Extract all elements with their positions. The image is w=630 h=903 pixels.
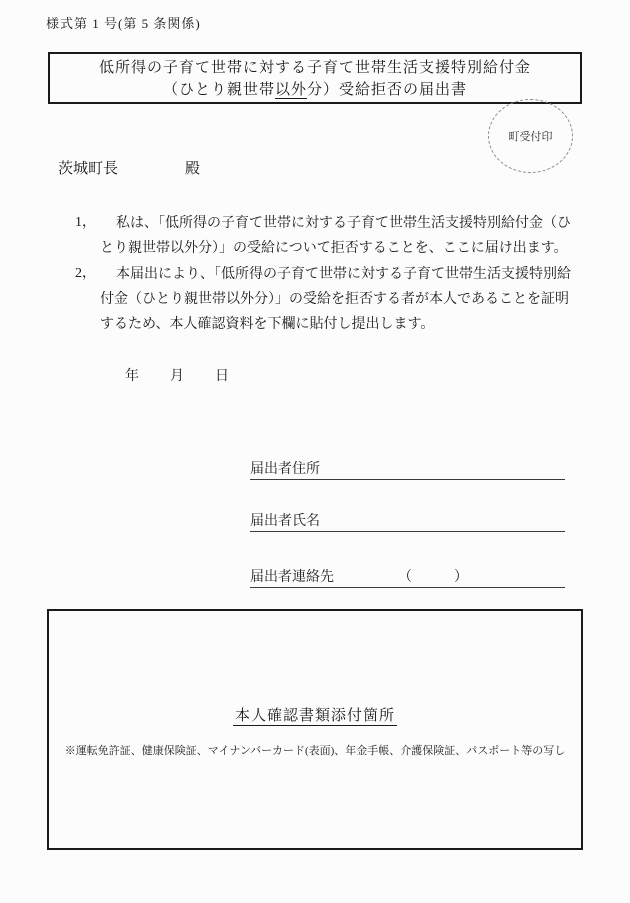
applicant-address-label: 届出者住所 bbox=[250, 462, 320, 477]
applicant-contact-line[interactable]: 届出者連絡先 （ ） bbox=[250, 566, 565, 588]
clause-1-line-1: 私は、「低所得の子育て世帯に対する子育て世帯生活支援特別給付金（ひ bbox=[100, 211, 571, 236]
title-line2: （ひとり親世帯以外分）受給拒否の届出書 bbox=[50, 79, 580, 101]
reception-stamp-label: 町受付印 bbox=[509, 128, 553, 144]
title-line1: 低所得の子育て世帯に対する子育て世帯生活支援特別給付金 bbox=[50, 57, 580, 79]
applicant-name-label: 届出者氏名 bbox=[250, 514, 320, 529]
applicant-address-line[interactable]: 届出者住所 bbox=[250, 458, 565, 480]
id-attachment-heading: 本人確認書類添付箇所 bbox=[49, 704, 581, 725]
applicant-contact-label: 届出者連絡先 bbox=[250, 570, 334, 585]
title-line2-underlined: 以外 bbox=[275, 82, 307, 99]
applicant-name-line[interactable]: 届出者氏名 bbox=[250, 510, 565, 532]
clause-1-line-2: とり親世帯以外分）」の受給について拒否することを、ここに届け出ます。 bbox=[100, 236, 571, 261]
document-page: 様式第 1 号(第 5 条関係) 低所得の子育て世帯に対する子育て世帯生活支援特… bbox=[0, 0, 630, 903]
recipient-name: 茨城町長 bbox=[58, 161, 118, 177]
clause-2-text: 本届出により、「低所得の子育て世帯に対する子育て世帯生活支援特別給 付金（ひとり… bbox=[100, 262, 571, 337]
id-attachment-box[interactable]: 本人確認書類添付箇所 ※運転免許証、健康保険証、マイナンバーカード(表面)、年金… bbox=[47, 609, 583, 850]
form-number: 様式第 1 号(第 5 条関係) bbox=[46, 13, 201, 32]
clause-2-line-2: 付金（ひとり親世帯以外分）」の受給を拒否する者が本人であることを証明 bbox=[100, 287, 571, 312]
reception-stamp-area: 町受付印 bbox=[488, 99, 573, 173]
recipient-honorific: 殿 bbox=[185, 157, 200, 178]
recipient-line: 茨城町長 殿 bbox=[58, 157, 118, 178]
title-line2-suffix: 分）受給拒否の届出書 bbox=[307, 82, 467, 98]
title-box: 低所得の子育て世帯に対する子育て世帯生活支援特別給付金 （ひとり親世帯以外分）受… bbox=[48, 52, 582, 104]
clause-2-number: 2， bbox=[75, 262, 96, 282]
title-line2-prefix: （ひとり親世帯 bbox=[163, 82, 275, 98]
id-attachment-note: ※運転免許証、健康保険証、マイナンバーカード(表面)、年金手帳、介護保険証、パス… bbox=[49, 742, 581, 758]
contact-paren-close: ） bbox=[454, 566, 468, 586]
clause-2-line-1: 本届出により、「低所得の子育て世帯に対する子育て世帯生活支援特別給 bbox=[100, 262, 571, 287]
date-fill-line[interactable]: 年 月 日 bbox=[125, 365, 230, 385]
clause-1-text: 私は、「低所得の子育て世帯に対する子育て世帯生活支援特別給付金（ひ とり親世帯以… bbox=[100, 211, 571, 261]
contact-paren-open: （ bbox=[398, 566, 412, 586]
clause-1-number: 1， bbox=[75, 211, 96, 231]
clause-2-line-3: するため、本人確認資料を下欄に貼付し提出します。 bbox=[100, 312, 571, 337]
